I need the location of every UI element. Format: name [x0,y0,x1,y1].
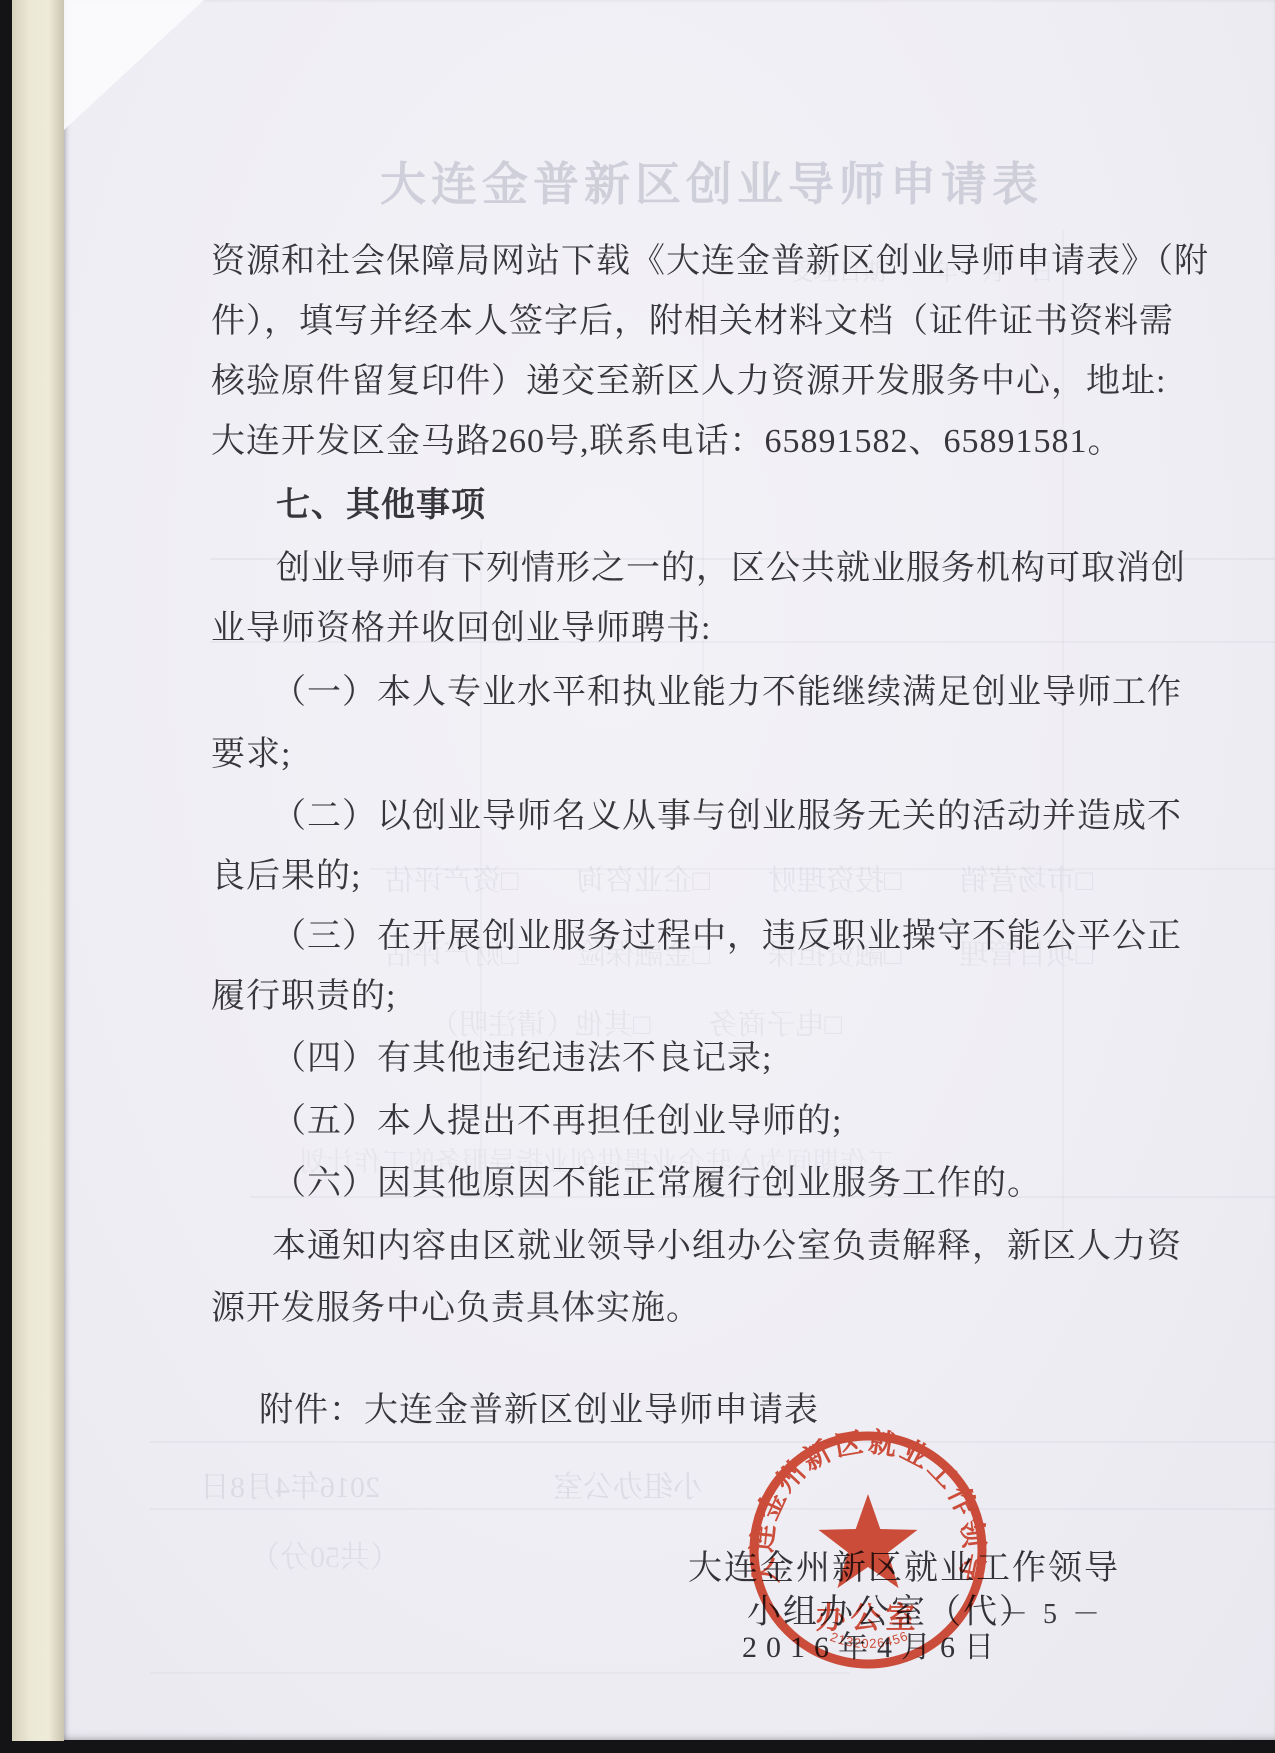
bleedthrough-title: 大连金普新区创业导师申请表 [380,148,1043,214]
body-line: （三）在开展创业服务过程中，违反职业操守不能公平公正 [272,908,1182,957]
scanner-edge-underpage [12,0,64,1741]
attachment-line: 附件：大连金普新区创业导师申请表 [259,1382,819,1431]
body-line: 大连开发区金马路260号,联系电话：65891582、65891581。 [211,413,1123,462]
body-line: 本通知内容由区就业领导小组办公室负责解释，新区人力资 [272,1218,1182,1267]
seal-star-icon [819,1494,918,1588]
body-line: （六）因其他原因不能正常履行创业服务工作的。 [272,1155,1042,1204]
body-line: 件），填写并经本人签字后，附相关材料文档（证件证书资料需 [211,293,1174,342]
body-line: 创业导师有下列情形之一的，区公共就业服务机构可取消创 [276,540,1186,589]
bleed-grid-line [150,1441,1275,1443]
bleedthrough-office: 小组办公室 [553,1462,703,1506]
bleedthrough-checkbox-row: □市场营销 □投资理财 □企业咨询 □资产评估 [385,858,1093,899]
body-line: （一）本人专业水平和执业能力不能继续满足创业导师工作 [272,664,1182,713]
body-line: （二）以创业导师名义从事与创业服务无关的活动并造成不 [272,788,1182,837]
bleedthrough-score: （共50分） [250,1532,400,1576]
bleedthrough-date: 2016年4月8日 [200,1462,380,1506]
scanned-document-page: 大连金普新区创业导师申请表 受理日期 年 月 日 □市场营销 □投资理财 □企业… [0,0,1275,1753]
body-line: 要求; [211,726,291,775]
body-line: 核验原件留复印件）递交至新区人力资源开发服务中心，地址: [211,353,1166,402]
body-line: 业导师资格并收回创业导师聘书: [211,600,711,649]
bleed-grid-line [150,1508,1275,1510]
page-number: － 5 － [1000,1592,1104,1632]
body-line: 履行职责的; [211,968,396,1017]
body-line: 良后果的; [211,848,361,897]
official-seal: 大连金州新区就业工作领导 办公室 2132026456 [738,1420,998,1680]
body-line: （四）有其他违纪违法不良记录; [272,1030,772,1079]
body-line: 源开发服务中心负责具体实施。 [211,1280,701,1329]
body-line: （五）本人提出不再担任创业导师的; [272,1093,842,1142]
body-line: 资源和社会保障局网站下载《大连金普新区创业导师申请表》（附 [211,233,1209,282]
section-heading: 七、其他事项 [276,477,486,526]
